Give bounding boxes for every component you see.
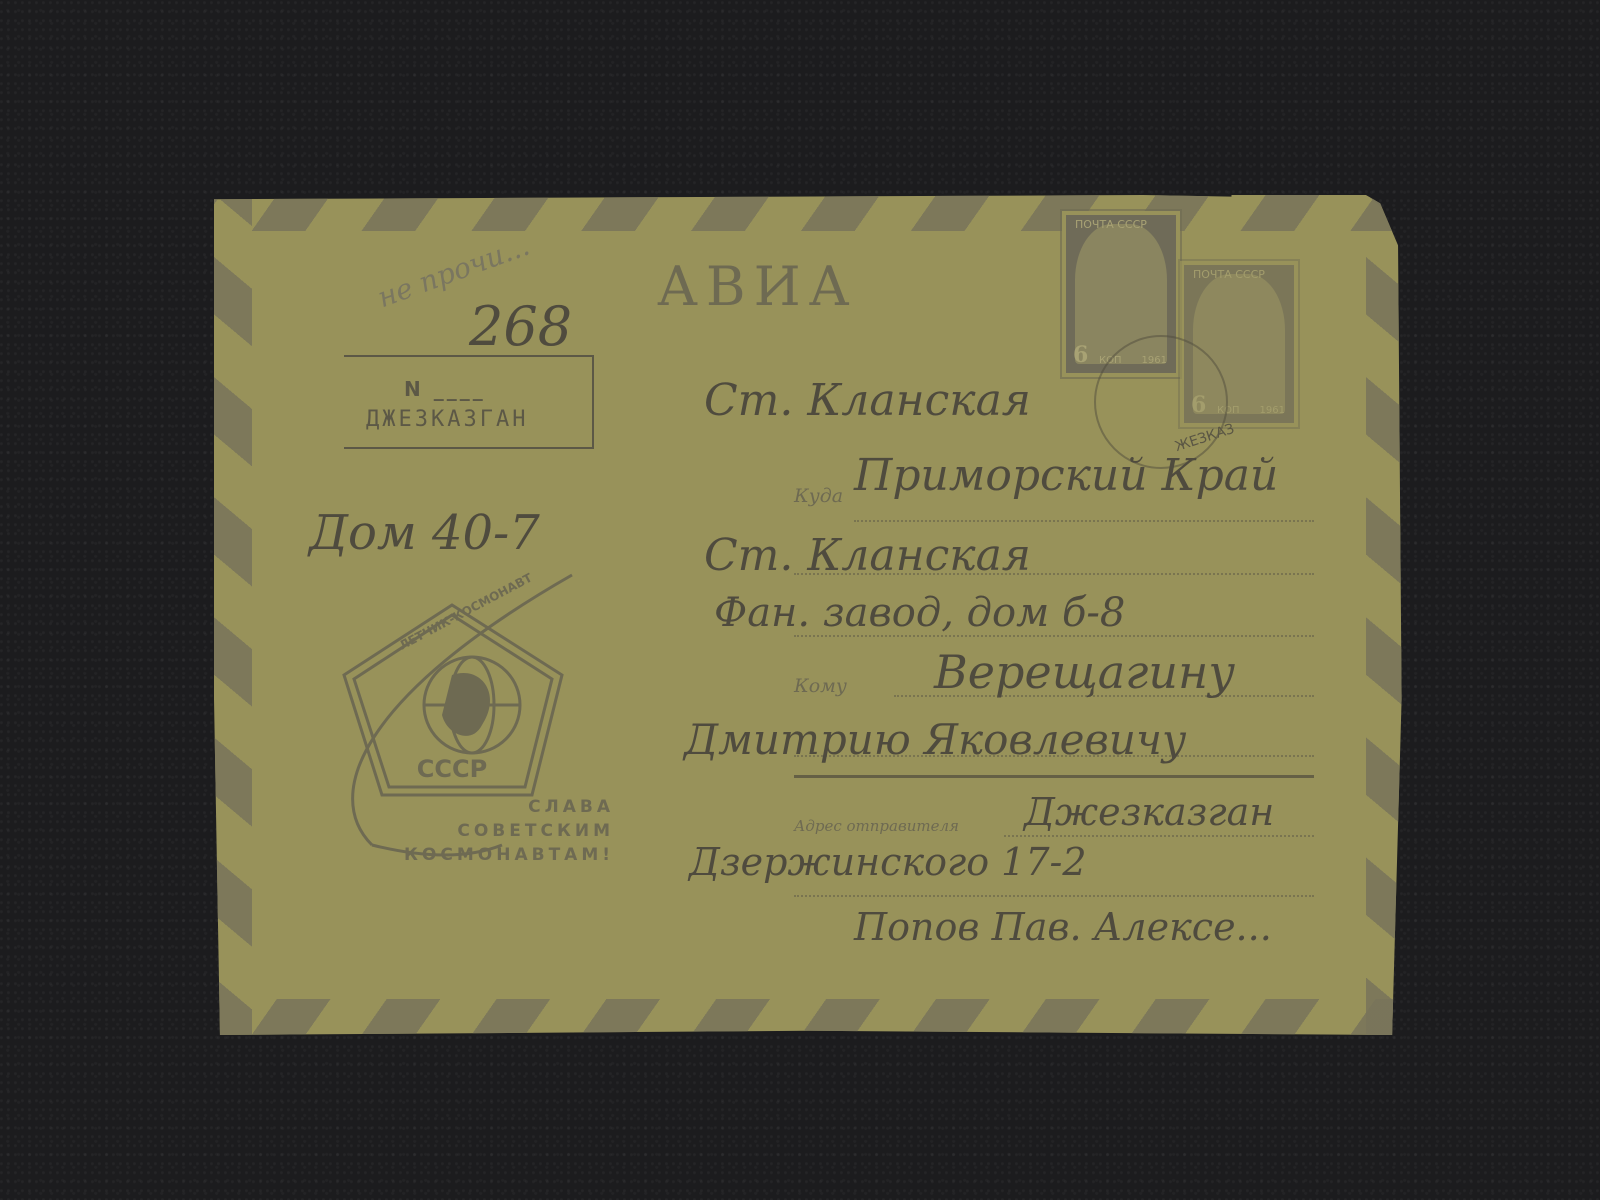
stamp-year: 1961 <box>1260 405 1285 416</box>
airmail-border-bottom <box>214 999 1404 1035</box>
airmail-border-top <box>214 195 1404 231</box>
airmail-border-right <box>1366 195 1404 1035</box>
address-line: Ст. Кланская <box>704 530 1031 581</box>
slogan: СЛАВА СОВЕТСКИМ КОСМОНАВТАМ! <box>374 795 614 867</box>
airmail-border-left <box>214 195 252 1035</box>
recipient-surname: Верещагину <box>934 645 1235 699</box>
address-line: Приморский Край <box>854 450 1278 501</box>
address-line: Фан. завод, дом б-8 <box>714 590 1125 636</box>
registration-label: N ____ ДЖЕЗКАЗГАН <box>344 355 594 449</box>
sender-label: Адрес отправителя <box>794 817 959 835</box>
to-label: Кому <box>794 675 847 697</box>
airmail-header: АВИА <box>657 255 858 318</box>
postmark-circle <box>1094 335 1228 469</box>
sender-name: Попов Пав. Алексе... <box>854 905 1272 949</box>
svg-text:СССР: СССР <box>417 755 487 783</box>
stamp-value: 6 <box>1073 342 1088 368</box>
registration-number: 268 <box>469 295 572 358</box>
stamp-country: ПОЧТА СССР <box>1193 268 1265 281</box>
envelope: АВИА ПОЧТА СССР 6 КОП 1961 ПОЧТА СССР 6 … <box>214 195 1404 1035</box>
recipient-name: Дмитрию Яковлевичу <box>684 715 1186 764</box>
where-label: Куда <box>794 485 843 507</box>
registration-city: ДЖЕЗКАЗГАН <box>366 407 528 432</box>
sender-city: Джезказган <box>1024 790 1274 834</box>
sender-street: Дзержинского 17-2 <box>689 840 1087 884</box>
registration-number-prefix: N ____ <box>404 377 486 401</box>
stamp-country: ПОЧТА СССР <box>1075 218 1147 231</box>
address-line: Ст. Кланская <box>704 375 1031 426</box>
